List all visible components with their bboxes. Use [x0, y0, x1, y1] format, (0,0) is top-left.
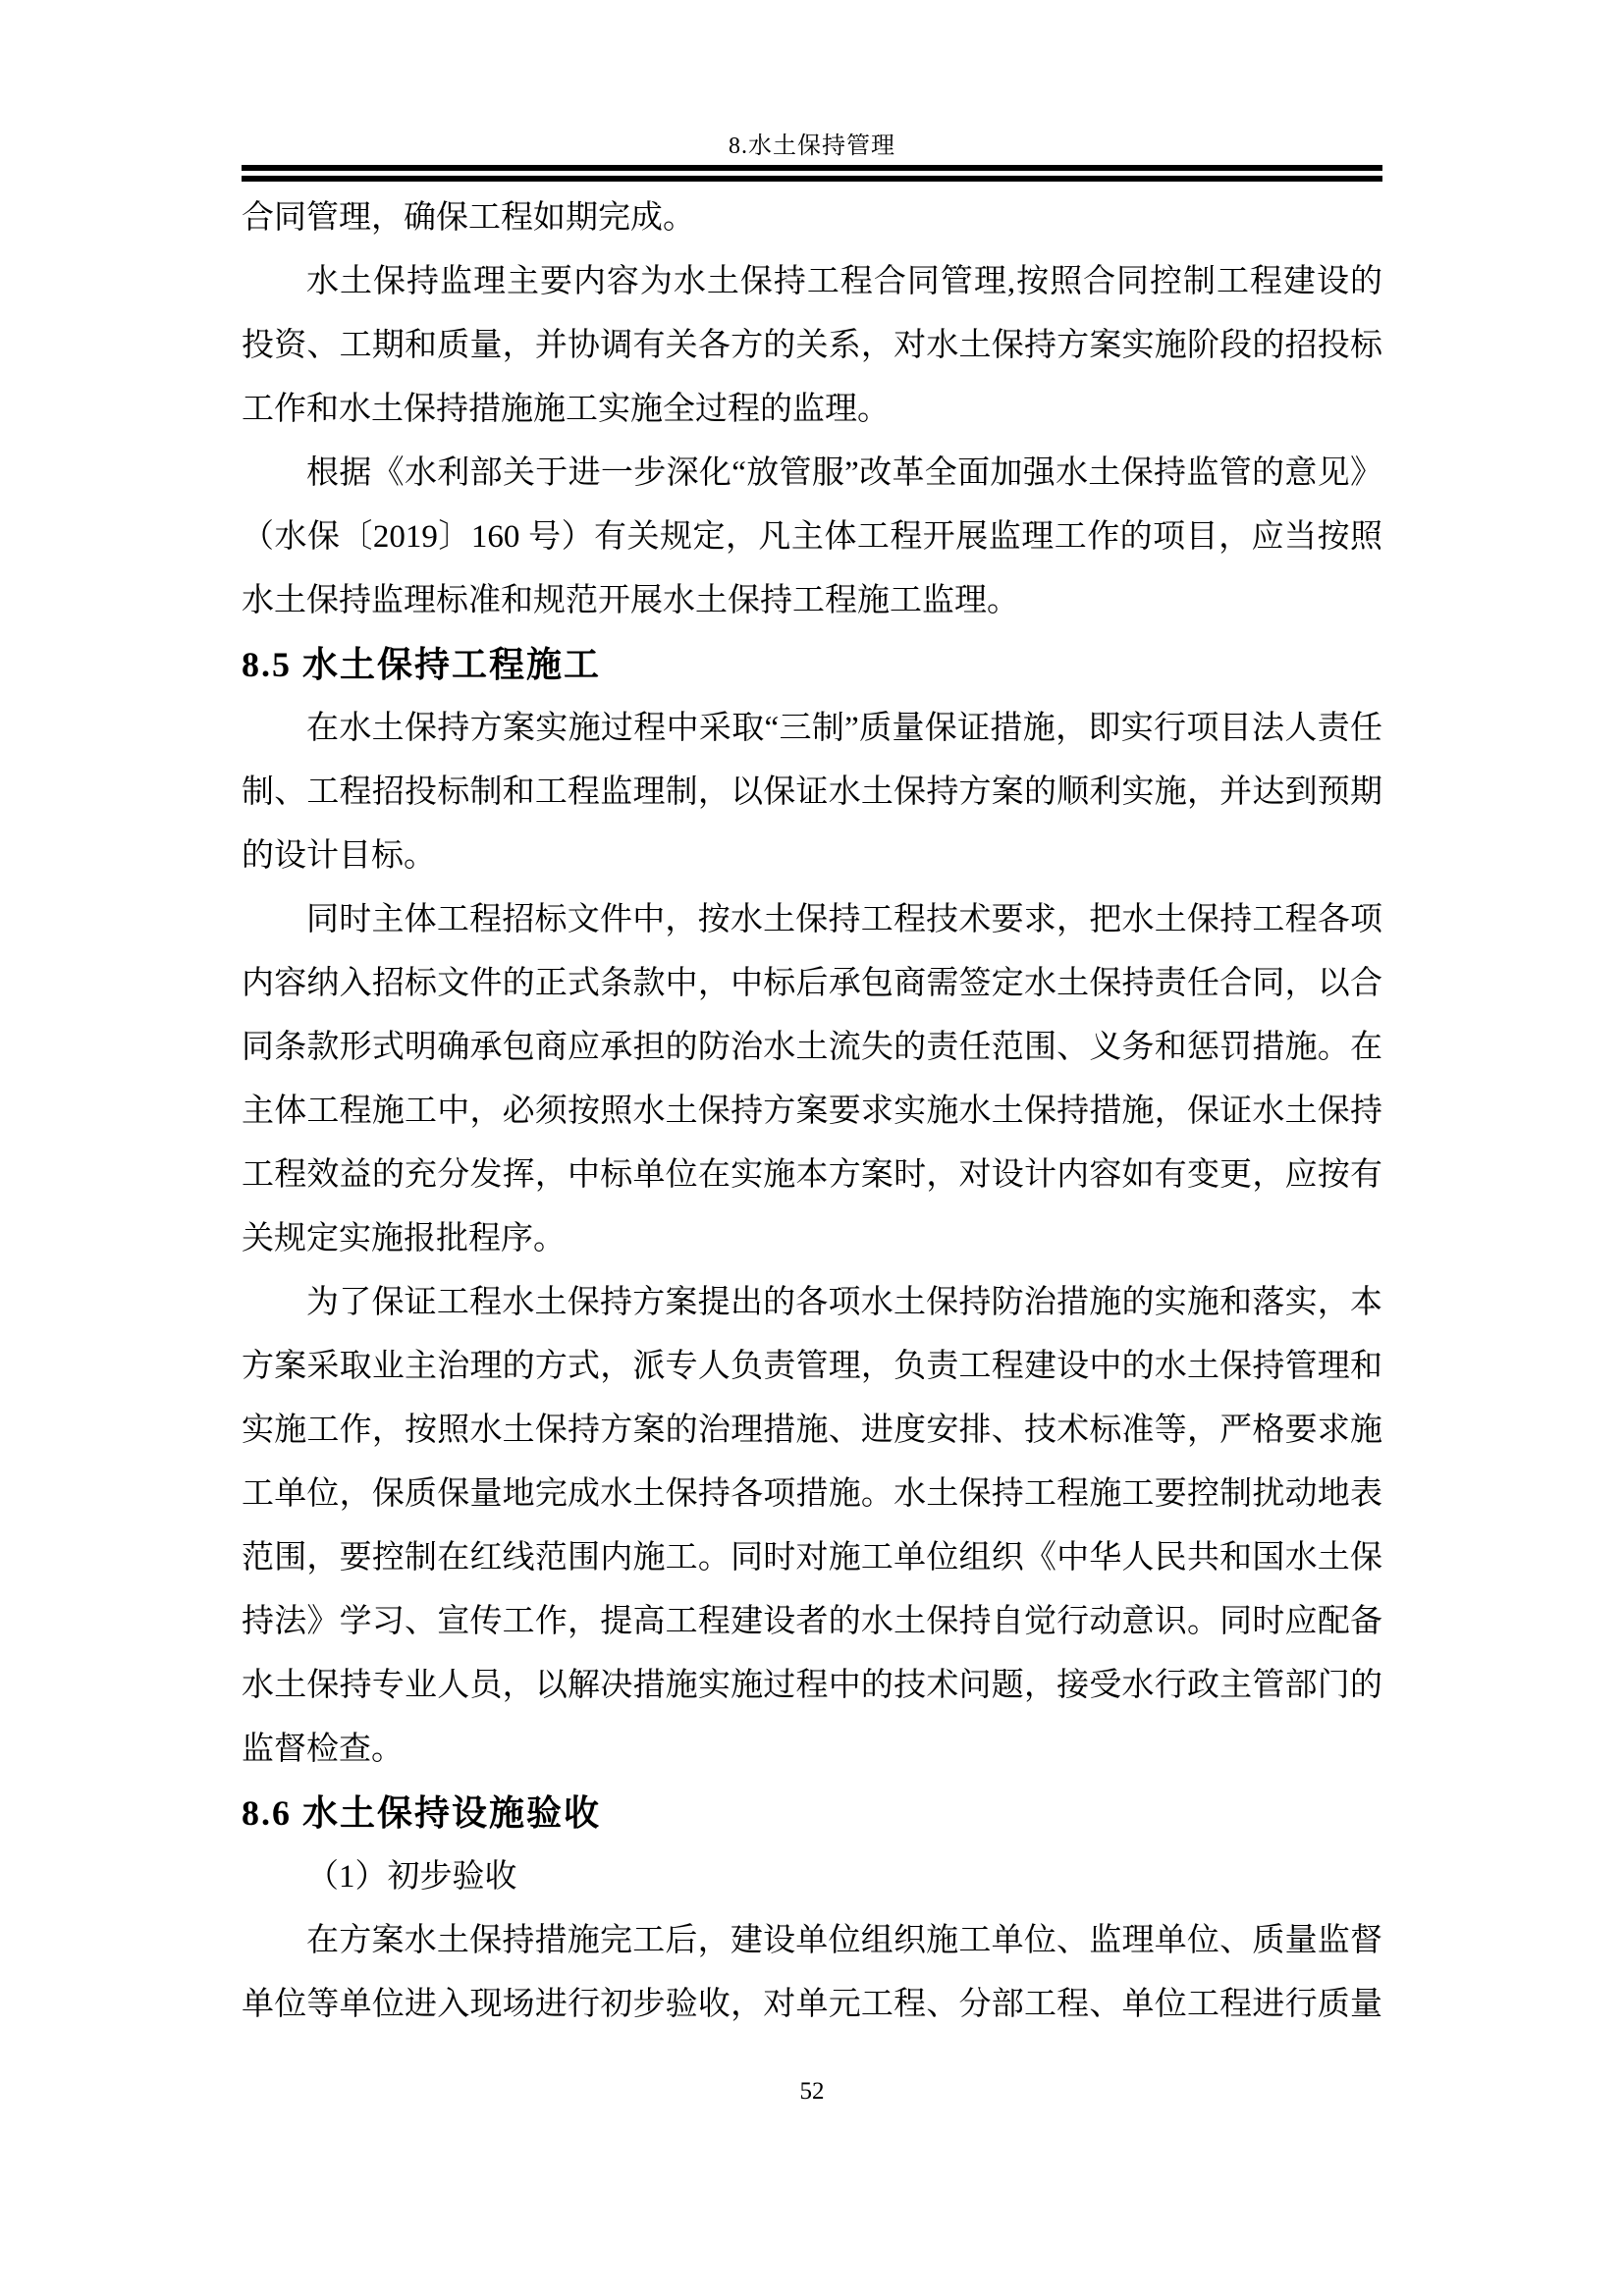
text-line: 水土保持监理主要内容为水土保持工程合同管理,按照合同控制工程建设的: [242, 250, 1382, 314]
text-line: 关规定实施报批程序。: [242, 1207, 1382, 1271]
text-line: 的设计目标。: [242, 825, 1382, 888]
header-double-rule: [242, 165, 1382, 182]
text-line: 根据《水利部关于进一步深化“放管服”改革全面加强水土保持监管的意见》: [242, 442, 1382, 506]
text-line: 工作和水土保持措施施工实施全过程的监理。: [242, 378, 1382, 442]
text-line: 单位等单位进入现场进行初步验收，对单元工程、分部工程、单位工程进行质量: [242, 1973, 1382, 2037]
text-line: （水保〔2019〕160 号）有关规定，凡主体工程开展监理工作的项目，应当按照: [242, 506, 1382, 569]
text-line: （1）初步验收: [242, 1845, 1382, 1909]
text-line: 工单位，保质保量地完成水土保持各项措施。水土保持工程施工要控制扰动地表: [242, 1463, 1382, 1526]
page-number: 52: [242, 2074, 1382, 2109]
section-heading: 8.6 水土保持设施验收: [242, 1782, 1382, 1845]
text-line: 投资、工期和质量，并协调有关各方的关系，对水土保持方案实施阶段的招投标: [242, 314, 1382, 378]
text-line: 水土保持监理标准和规范开展水土保持工程施工监理。: [242, 569, 1382, 633]
document-body: 合同管理，确保工程如期完成。水土保持监理主要内容为水土保持工程合同管理,按照合同…: [242, 187, 1382, 2037]
text-line: 合同管理，确保工程如期完成。: [242, 187, 1382, 250]
text-line: 内容纳入招标文件的正式条款中，中标后承包商需签定水土保持责任合同，以合: [242, 952, 1382, 1016]
text-line: 工程效益的充分发挥，中标单位在实施本方案时，对设计内容如有变更，应按有: [242, 1144, 1382, 1207]
text-line: 同时主体工程招标文件中，按水土保持工程技术要求，把水土保持工程各项: [242, 888, 1382, 952]
text-line: 在方案水土保持措施完工后，建设单位组织施工单位、监理单位、质量监督: [242, 1909, 1382, 1973]
text-line: 实施工作，按照水土保持方案的治理措施、进度安排、技术标准等，严格要求施: [242, 1399, 1382, 1463]
text-line: 同条款形式明确承包商应承担的防治水土流失的责任范围、义务和惩罚措施。在: [242, 1016, 1382, 1080]
text-line: 范围，要控制在红线范围内施工。同时对施工单位组织《中华人民共和国水土保: [242, 1526, 1382, 1590]
text-line: 在水土保持方案实施过程中采取“三制”质量保证措施，即实行项目法人责任: [242, 697, 1382, 761]
document-page: 8.水土保持管理 合同管理，确保工程如期完成。水土保持监理主要内容为水土保持工程…: [0, 0, 1624, 2296]
text-line: 监督检查。: [242, 1718, 1382, 1782]
running-header: 8.水土保持管理: [242, 131, 1382, 162]
text-line: 主体工程施工中，必须按照水土保持方案要求实施水土保持措施，保证水土保持: [242, 1080, 1382, 1144]
text-line: 水土保持专业人员，以解决措施实施过程中的技术问题，接受水行政主管部门的: [242, 1654, 1382, 1718]
text-line: 制、工程招投标制和工程监理制，以保证水土保持方案的顺利实施，并达到预期: [242, 761, 1382, 825]
text-line: 为了保证工程水土保持方案提出的各项水土保持防治措施的实施和落实，本: [242, 1271, 1382, 1335]
text-line: 持法》学习、宣传工作，提高工程建设者的水土保持自觉行动意识。同时应配备: [242, 1590, 1382, 1654]
section-heading: 8.5 水土保持工程施工: [242, 633, 1382, 697]
text-line: 方案采取业主治理的方式，派专人负责管理，负责工程建设中的水土保持管理和: [242, 1335, 1382, 1399]
